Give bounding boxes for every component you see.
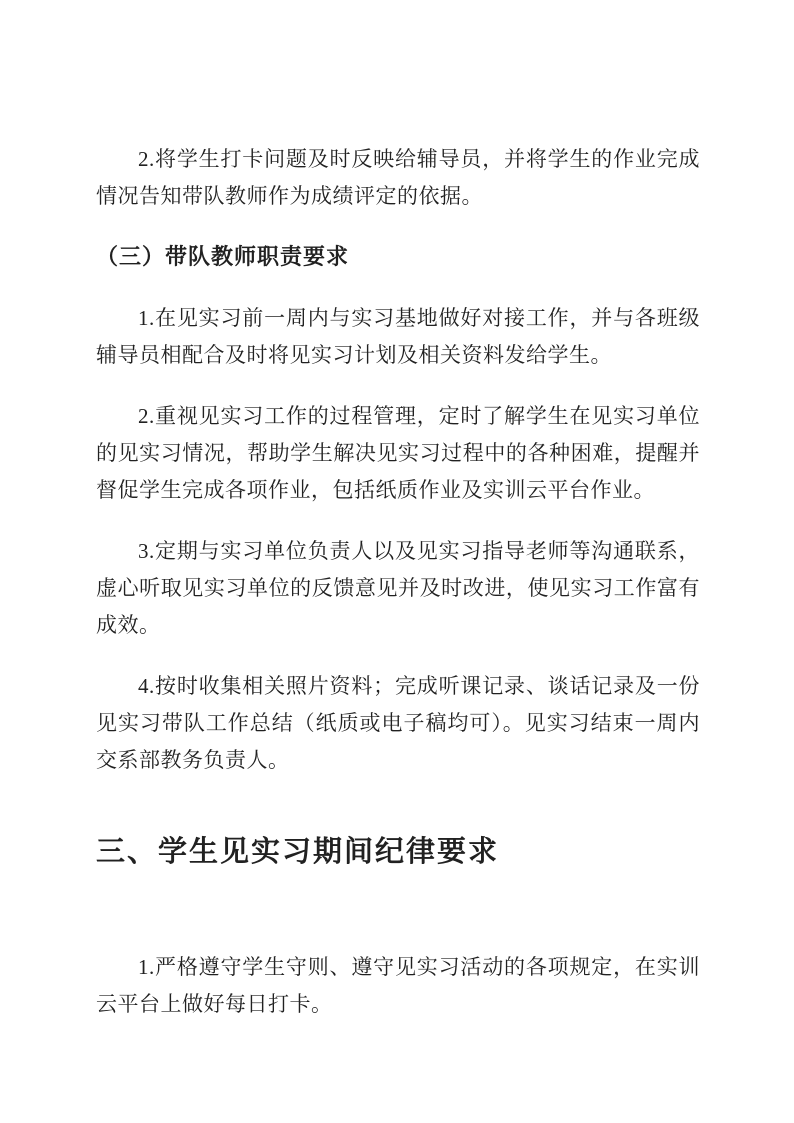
document-body: { "page": { "background": "#ffffff", "te… (0, 0, 794, 1123)
paragraph-leading-teacher-duty-3: 3.定期与实习单位负责人以及见实习指导老师等沟通联系，虚心听取见实习单位的反馈意… (96, 533, 700, 644)
document-page: 2.将学生打卡问题及时反映给辅导员，并将学生的作业完成情况告知带队教师作为成绩评… (0, 0, 794, 1123)
paragraph-discipline-rule-1: 1.严格遵守学生守则、遵守见实习活动的各项规定，在实训云平台上做好每日打卡。 (96, 949, 700, 1023)
paragraph-leading-teacher-duty-1: 1.在见实习前一周内与实习基地做好对接工作，并与各班级辅导员相配合及时将见实习计… (96, 300, 700, 374)
paragraph-leading-teacher-duty-4: 4.按时收集相关照片资料；完成听课记录、谈话记录及一份见实习带队工作总结（纸质或… (96, 668, 700, 779)
section-heading-leading-teacher-duties: （三）带队教师职责要求 (96, 240, 700, 274)
paragraph-leading-teacher-duty-2: 2.重视见实习工作的过程管理，定时了解学生在见实习单位的见实习情况，帮助学生解决… (96, 398, 700, 509)
paragraph-counselor-duty-2: 2.将学生打卡问题及时反映给辅导员，并将学生的作业完成情况告知带队教师作为成绩评… (96, 141, 700, 215)
chapter-heading-student-discipline: 三、学生见实习期间纪律要求 (96, 831, 700, 873)
